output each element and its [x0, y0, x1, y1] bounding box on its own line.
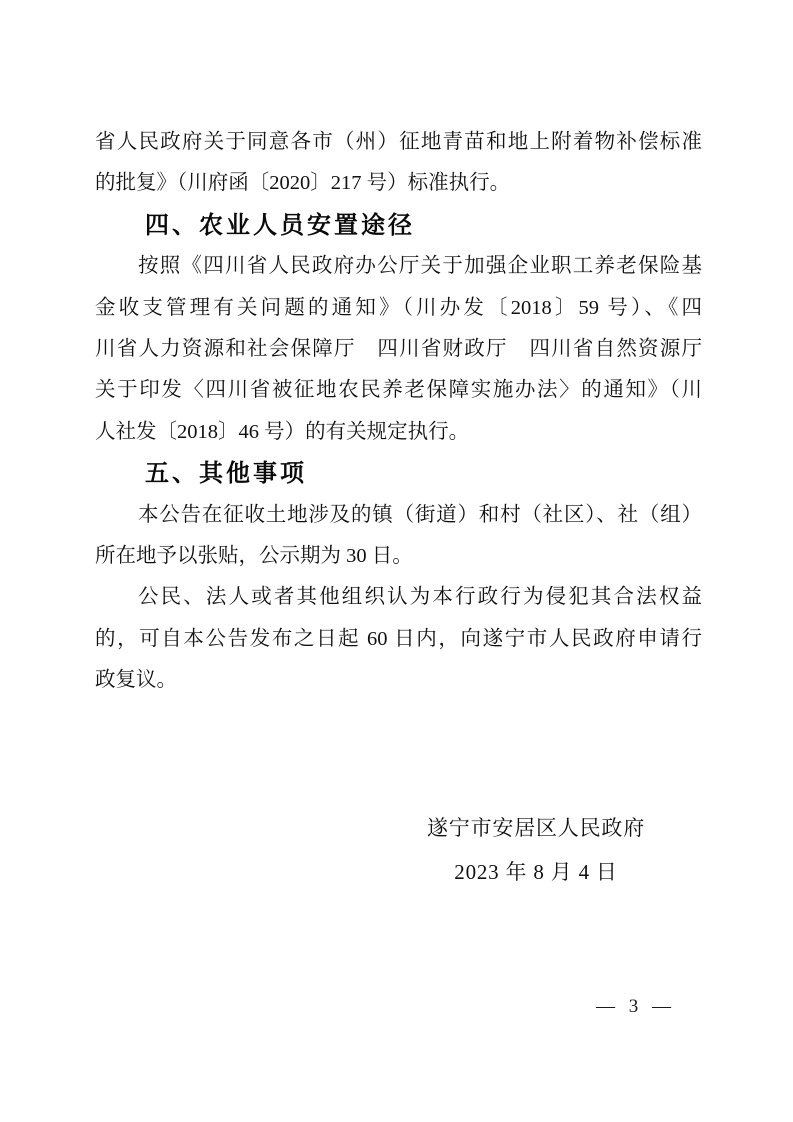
text-line: 公民、法人或者其他组织认为本行政行为侵犯其合法权益 — [95, 577, 702, 618]
text-line: 人社发〔2018〕46 号）的有关规定执行。 — [95, 412, 702, 453]
signature-inner: 遂宁市安居区人民政府 2023 年 8 月 4 日 — [427, 806, 645, 894]
document-page: 省人民政府关于同意各市（州）征地青苗和地上附着物补偿标准的批复》（川府函〔202… — [0, 0, 793, 1122]
document-body: 省人民政府关于同意各市（州）征地青苗和地上附着物补偿标准的批复》（川府函〔202… — [95, 122, 702, 701]
text-line: 所在地予以张贴，公示期为 30 日。 — [95, 536, 702, 577]
text-line: 本公告在征收土地涉及的镇（街道）和村（社区）、社（组） — [95, 495, 702, 536]
text-line: 川省人力资源和社会保障厅 四川省财政厅 四川省自然资源厅 — [95, 329, 702, 370]
signature-org: 遂宁市安居区人民政府 — [427, 806, 645, 850]
text-line: 关于印发〈四川省被征地农民养老保障实施办法〉的通知》（川 — [95, 370, 702, 411]
section-heading: 四、农业人员安置途径 — [95, 205, 702, 246]
text-line: 省人民政府关于同意各市（州）征地青苗和地上附着物补偿标准 — [95, 122, 702, 163]
text-line: 政复议。 — [95, 660, 702, 701]
text-line: 按照《四川省人民政府办公厅关于加强企业职工养老保险基 — [95, 246, 702, 287]
section-heading: 五、其他事项 — [95, 453, 702, 494]
page-number: — 3 — — [596, 995, 672, 1019]
text-line: 的，可自本公告发布之日起 60 日内，向遂宁市人民政府申请行 — [95, 619, 702, 660]
text-line: 金收支管理有关问题的通知》（川办发〔2018〕59 号）、《四 — [95, 288, 702, 329]
signature-block: 遂宁市安居区人民政府 2023 年 8 月 4 日 — [95, 806, 702, 894]
text-line: 的批复》（川府函〔2020〕217 号）标准执行。 — [95, 163, 702, 204]
signature-date: 2023 年 8 月 4 日 — [427, 850, 645, 894]
